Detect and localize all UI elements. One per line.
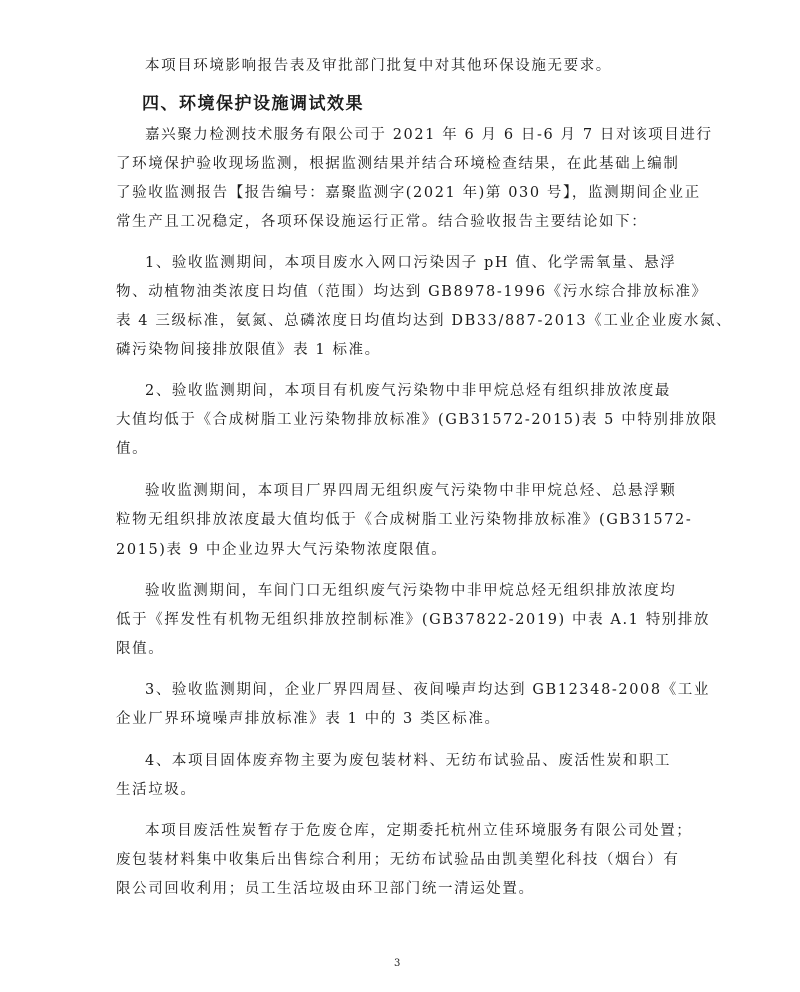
text-line: 本项目废活性炭暂存于危废仓库，定期委托杭州立佳环境服务有限公司处置； [145,822,692,840]
document-page: 本项目环境影响报告表及审批部门批复中对其他环保设施无要求。 四、环境保护设施调试… [0,0,800,992]
text-line: 粒物无组织排放浓度最大值均低于《合成树脂工业污染物排放标准》(GB31572- [116,511,692,529]
page-number: 3 [394,958,400,969]
intro-line: 本项目环境影响报告表及审批部门批复中对其他环保设施无要求。 [145,57,612,75]
text-line: 废包装材料集中收集后出售综合利用；无纺布试验品由凯美塑化科技（烟台）有 [116,851,680,869]
text-line: 生活垃圾。 [116,781,197,799]
text-line: 常生产且工况稳定，各项环保设施运行正常。结合验收报告主要结论如下： [116,213,647,231]
text-line: 限公司回收利用；员工生活垃圾由环卫部门统一清运处置。 [116,880,535,898]
text-line: 低于《挥发性有机物无组织排放控制标准》(GB37822-2019) 中表 A.1… [116,611,710,629]
text-line: 磷污染物间接排放限值》表 1 标准。 [116,341,381,359]
text-line: 嘉兴聚力检测技术服务有限公司于 2021 年 6 月 6 日-6 月 7 日对该… [145,126,713,144]
text-line: 验收监测期间，本项目厂界四周无组织废气污染物中非甲烷总烃、总悬浮颗 [145,482,676,500]
text-line: 了环境保护验收现场监测，根据监测结果并结合环境检查结果，在此基础上编制 [116,155,680,173]
text-line: 了验收监测报告【报告编号：嘉聚监测字(2021 年)第 030 号】，监测期间企… [116,184,701,202]
section-heading: 四、环境保护设施调试效果 [142,89,364,114]
text-line: 值。 [116,440,148,458]
text-line: 1、验收监测期间，本项目废水入网口污染因子 pH 值、化学需氧量、悬浮 [145,254,676,272]
text-line: 限值。 [116,640,164,658]
text-line: 企业厂界环境噪声排放标准》表 1 中的 3 类区标准。 [116,710,501,728]
text-line: 4、本项目固体废弃物主要为废包装材料、无纺布试验品、废活性炭和职工 [145,752,671,770]
text-line: 3、验收监测期间，企业厂界四周昼、夜间噪声均达到 GB12348-2008《工业 [145,681,710,699]
text-line: 2、验收监测期间，本项目有机废气污染物中非甲烷总烃有组织排放浓度最 [145,382,671,400]
text-line: 物、动植物油类浓度日均值（范围）均达到 GB8978-1996《污水综合排放标准… [116,283,708,301]
text-line: 大值均低于《合成树脂工业污染物排放标准》(GB31572-2015)表 5 中特… [116,411,718,429]
text-line: 验收监测期间，车间门口无组织废气污染物中非甲烷总烃无组织排放浓度均 [145,582,676,600]
text-line: 表 4 三级标准，氨氮、总磷浓度日均值均达到 DB33/887-2013《工业企… [116,312,732,330]
text-line: 2015)表 9 中企业边界大气污染物浓度限值。 [116,541,447,559]
